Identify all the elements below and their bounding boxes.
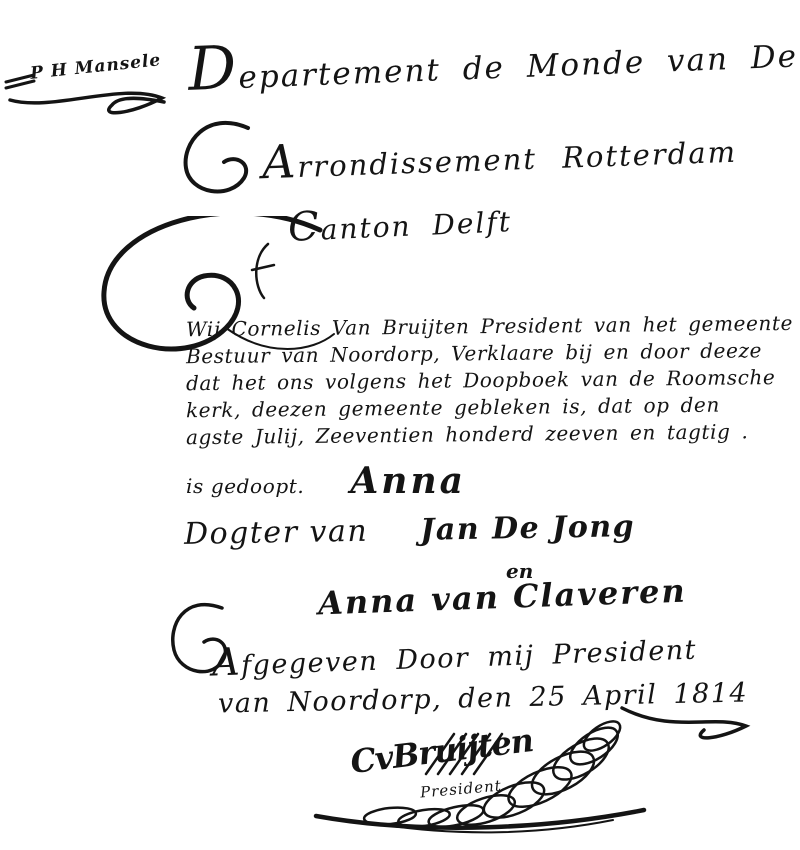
arrondissement-flourish [178, 116, 263, 201]
swirl-icon [178, 116, 263, 201]
header-department: Departement de Monde van De Maas [187, 24, 800, 97]
father-line: Dogter vanJan De Jong [184, 510, 636, 551]
signature-block: CvBruijten President [308, 716, 658, 841]
body-paragraph: Wij Cornelis Van Bruijten President van … [186, 314, 800, 449]
body-line: agste Julij, Zeeventien honderd zeeven e… [186, 419, 800, 452]
issued-line: Afgegeven Door mij President [212, 632, 698, 683]
mother-name: Anna van Claveren [317, 574, 687, 622]
document-page: P H Mansele Departement de Monde van De … [0, 0, 800, 850]
child-name: Anna [350, 460, 466, 502]
baptism-prefix: is gedoopt. [186, 474, 304, 498]
baptism-line: is gedoopt.Anna [186, 462, 466, 502]
daughter-of-label: Dogter van [184, 514, 369, 552]
father-name: Jan De Jong [420, 509, 636, 548]
header-arrondissement: Arrondissement Rotterdam [261, 130, 737, 185]
